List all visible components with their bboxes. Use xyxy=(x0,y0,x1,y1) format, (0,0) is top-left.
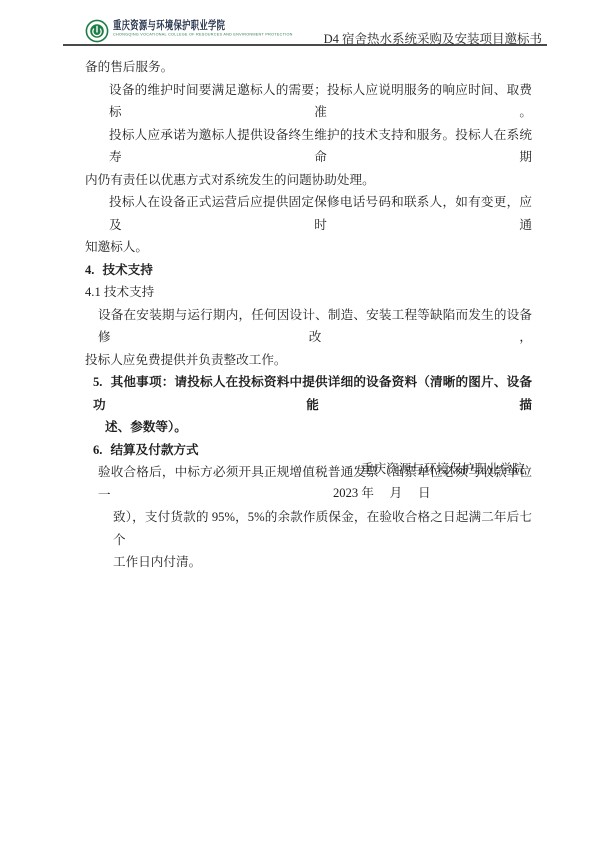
college-name-en: CHONGQING VOCATIONAL COLLEGE OF RESOURCE… xyxy=(113,32,293,36)
section-heading-5: 5.其他事项：请投标人在投标资料中提供详细的设备资料（清晰的图片、设备功能描 xyxy=(85,371,532,416)
section-number: 5. xyxy=(93,375,102,389)
body-line: 致），支付货款的 95%，5%的余款作质保金，在验收合格之日起满二年后七个 xyxy=(85,506,532,551)
subsection-heading-4-1: 4.1 技术支持 xyxy=(85,281,532,304)
body-line: 内仍有责任以优惠方式对系统发生的问题协助处理。 xyxy=(85,169,532,192)
section-title: 技术支持 xyxy=(102,263,152,277)
body-line: 工作日内付清。 xyxy=(85,551,532,574)
body-line: 知邀标人。 xyxy=(85,236,532,259)
college-emblem-logo xyxy=(85,19,109,43)
body-line: 设备在安装期与运行期内，任何因设计、制造、安装工程等缺陷而发生的设备修改， xyxy=(85,304,532,349)
signature-date: 2023 年 月 日 xyxy=(333,482,431,501)
body-line: 投标人在设备正式运营后应提供固定保修电话号码和联系人，如有变更，应及时通 xyxy=(85,191,532,236)
document-body: 备的售后服务。 设备的维护时间要满足邀标人的需要；投标人应说明服务的响应时间、取… xyxy=(85,56,532,574)
header-divider xyxy=(63,44,547,46)
section-heading-4: 4.技术支持 xyxy=(85,259,532,282)
body-line: 投标人应免费提供并负责整改工作。 xyxy=(85,349,532,372)
section-text: 其他事项：请投标人在投标资料中提供详细的设备资料（清晰的图片、设备功能描 xyxy=(93,375,532,412)
section-number: 4. xyxy=(85,263,94,277)
document-page: 重庆资源与环境保护职业学院 CHONGQING VOCATIONAL COLLE… xyxy=(0,0,595,841)
body-line: 投标人应承诺为邀标人提供设备终生维护的技术支持和服务。投标人在系统寿命期 xyxy=(85,124,532,169)
section-heading-5-cont: 述、参数等）。 xyxy=(85,416,532,439)
body-line: 备的售后服务。 xyxy=(85,56,532,79)
section-number: 6. xyxy=(93,443,102,457)
signature-organization: 重庆资源与环境保护职业学院 xyxy=(361,458,525,477)
section-title: 结算及付款方式 xyxy=(110,443,198,457)
body-line: 设备的维护时间要满足邀标人的需要；投标人应说明服务的响应时间、取费标准。 xyxy=(85,79,532,124)
